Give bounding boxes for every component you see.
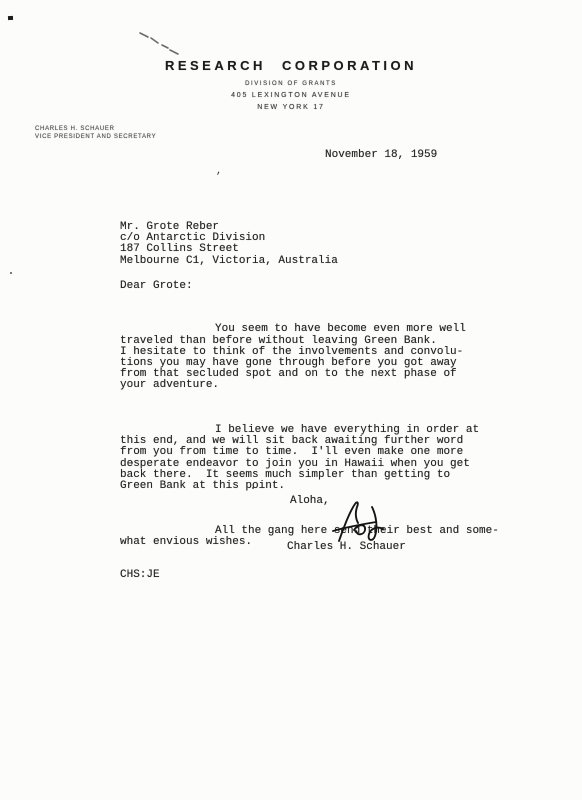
officer-name: CHARLES H. SCHAUER [35,126,115,132]
letterhead: RESEARCH CORPORATION DIVISION OF GRANTS … [0,58,582,111]
salutation: Dear Grote: [120,281,193,292]
scan-mark-comma: , [216,166,222,177]
company-address-city: NEW YORK 17 [0,104,582,111]
company-name: RESEARCH CORPORATION [0,58,582,73]
letter-body: You seem to have become even more well t… [120,302,499,581]
officer-block: CHARLES H. SCHAUERVICE PRESIDENT AND SEC… [35,125,156,141]
company-address-street: 405 LEXINGTON AVENUE [0,92,582,99]
scan-mark-square [8,16,13,20]
letter-date: November 18, 1959 [325,150,437,161]
scan-mark-dot [10,272,12,274]
handwritten-signature [330,499,394,547]
closing-salutation: Aloha, [290,496,330,507]
paragraph-2: I believe we have everything in order at… [120,425,499,492]
scanned-letter-page: , RESEARCH CORPORATION DIVISION OF GRANT… [0,0,582,800]
signed-name: Charles H. Schauer [287,542,406,553]
recipient-address: Mr. Grote Reber c/o Antarctic Division 1… [120,222,338,267]
scan-mark-scribble [138,28,180,61]
paragraph-1: You seem to have become even more well t… [120,324,499,391]
reference-initials: CHS:JE [120,570,160,581]
company-division: DIVISION OF GRANTS [0,81,582,87]
officer-title: VICE PRESIDENT AND SECRETARY [35,134,156,140]
